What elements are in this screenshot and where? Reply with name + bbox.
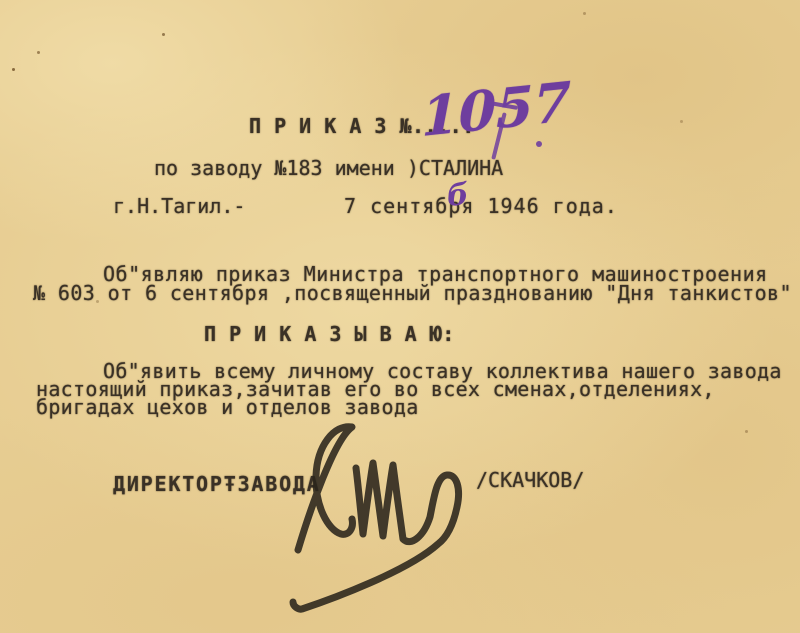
purple-correction-letter: б xyxy=(446,180,470,211)
scanned-document: П Р И К А З №..... 1057 по заводу №183 и… xyxy=(0,0,800,633)
city-line: г.Н.Тагил.- xyxy=(113,194,245,218)
order-verb-heading: П Р И К А З Ы В А Ю: xyxy=(204,322,455,346)
signature-loop-stroke xyxy=(298,427,352,550)
handwritten-order-number: 1057 xyxy=(421,74,570,144)
announce-line-2: № 603 от 6 сентября ,посвященный праздно… xyxy=(33,281,792,305)
factory-line: по заводу №183 имени )СТАЛИНА xyxy=(154,156,503,180)
signer-name: /СКАЧКОВ/ xyxy=(476,468,584,492)
paper-speckles xyxy=(12,68,15,71)
instruction-line-3: бригадах цехов и отделов завода xyxy=(36,395,419,419)
director-signature-ink xyxy=(250,418,490,618)
handwritten-period-dot xyxy=(536,141,542,147)
date-line: 7 сентября 1946 года. xyxy=(344,194,618,218)
